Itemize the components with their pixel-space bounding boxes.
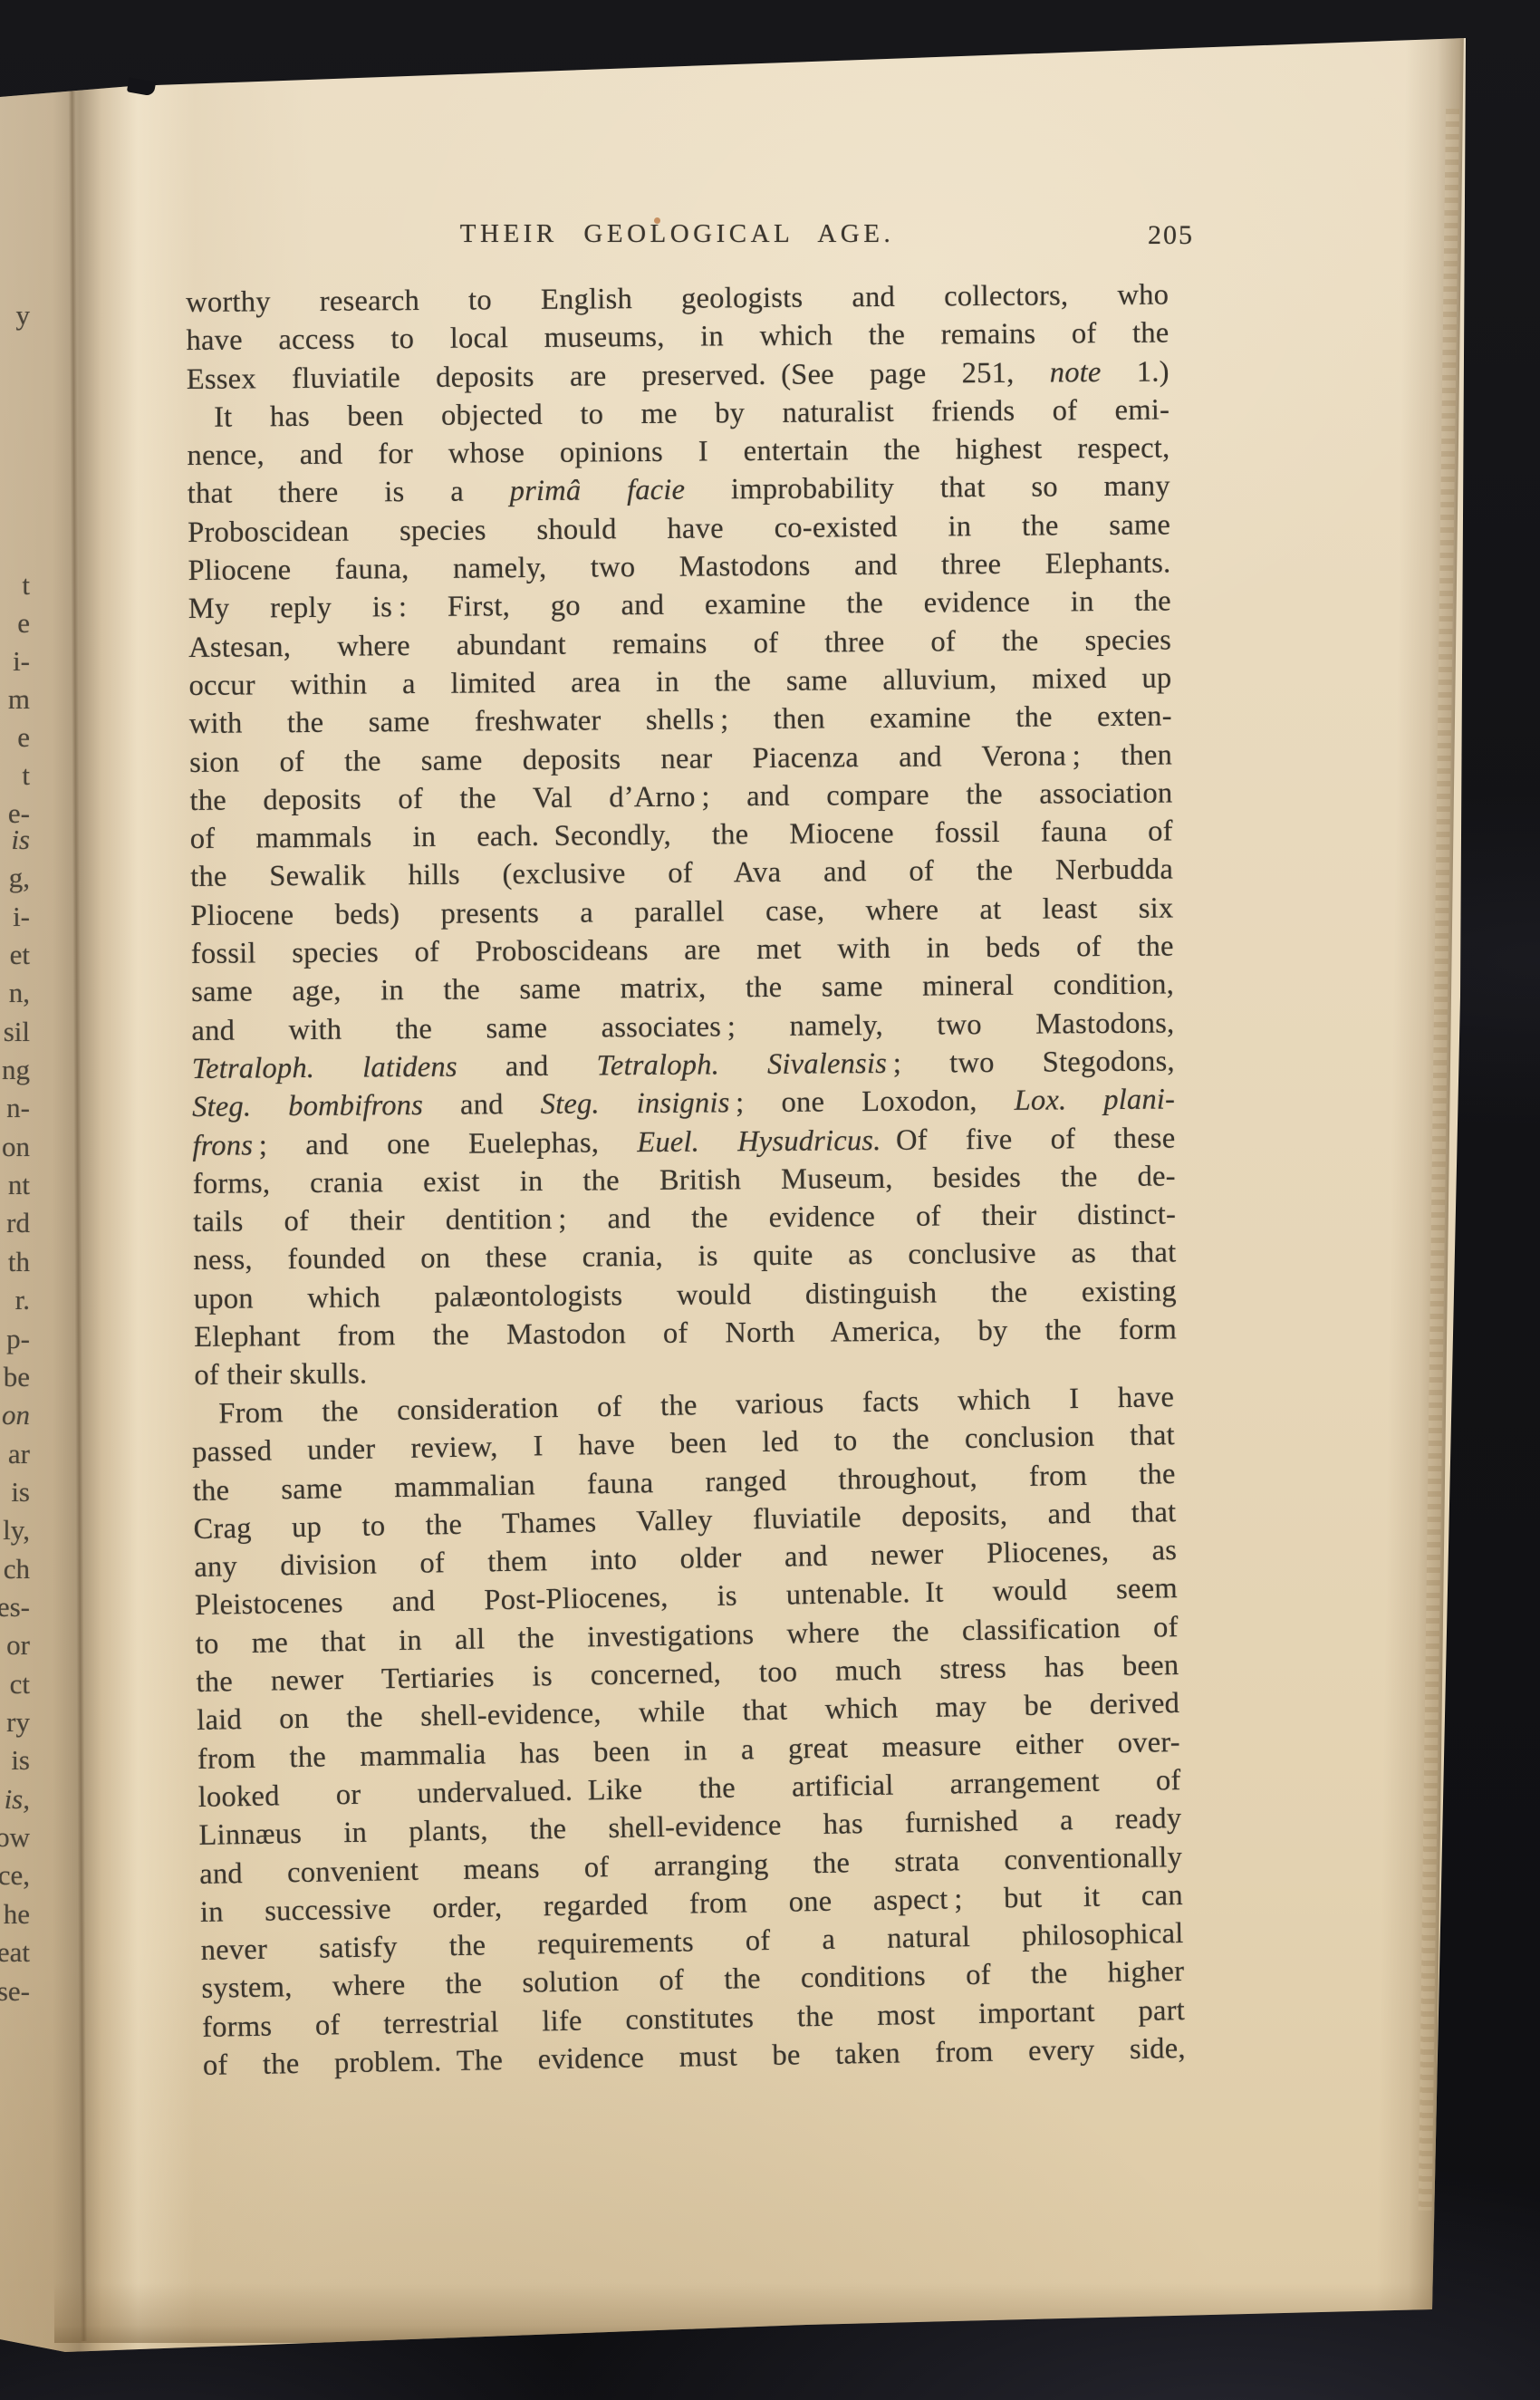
italic-text: Steg. insignis bbox=[541, 1087, 730, 1122]
facing-page-fragment: ry bbox=[6, 1706, 30, 1739]
facing-page-fragment: i- bbox=[13, 901, 30, 933]
italic-text: Lox. plani- bbox=[1015, 1084, 1176, 1117]
facing-page-fragment: be bbox=[4, 1361, 30, 1393]
facing-page-fragment: se- bbox=[0, 1975, 30, 2008]
facing-page-fragment: is bbox=[11, 1744, 30, 1777]
facing-page-fragment: g, bbox=[9, 862, 30, 894]
facing-page-fragment: on bbox=[2, 1131, 30, 1163]
italic-text: Steg. bombifrons bbox=[192, 1089, 423, 1123]
running-header: THEIR GEOLOGICAL AGE. 205 bbox=[186, 219, 1169, 259]
facing-page-fragment: or bbox=[6, 1629, 30, 1662]
facing-page-fragment: y bbox=[16, 299, 31, 332]
facing-page-fragment: ow bbox=[0, 1821, 30, 1854]
facing-page-fragment: r. bbox=[15, 1284, 30, 1316]
paragraph: worthy research to English geologists an… bbox=[186, 275, 1169, 398]
facing-page-fragment: t bbox=[22, 759, 30, 792]
facing-page-fragment: ly, bbox=[3, 1514, 30, 1547]
facing-page-fragment: on bbox=[2, 1399, 30, 1431]
facing-page-line-endings: ytei-mete-isg,i-etn,silngn-onntrdthr.p-b… bbox=[0, 0, 34, 2400]
italic-text: Euel. Hysudricus. bbox=[637, 1124, 881, 1159]
facing-page-fragment: e bbox=[17, 607, 30, 640]
facing-page-fragment: n- bbox=[6, 1092, 30, 1124]
text-line: Elephant from the Mastodon of North Amer… bbox=[194, 1310, 1177, 1356]
facing-page-fragment: et bbox=[10, 939, 30, 971]
facing-page-fragment: t bbox=[22, 569, 30, 602]
facing-page-fragment: n, bbox=[9, 977, 30, 1009]
facing-page-fragment: sil bbox=[4, 1016, 30, 1048]
book-photo: THEIR GEOLOGICAL AGE. 205 worthy researc… bbox=[0, 0, 1540, 2400]
page-title: THEIR GEOLOGICAL AGE. bbox=[186, 219, 1169, 249]
facing-page-fragment: ce, bbox=[0, 1859, 30, 1892]
facing-page-fragment: is bbox=[11, 1476, 30, 1508]
facing-page-fragment: th bbox=[8, 1246, 30, 1278]
facing-page-fragment: rd bbox=[6, 1207, 30, 1239]
facing-page-fragment: ng bbox=[2, 1054, 30, 1086]
page-number: 205 bbox=[1148, 220, 1194, 251]
facing-page-fragment: ar bbox=[8, 1438, 30, 1470]
page-bottom-edge-shadow bbox=[54, 2283, 1440, 2343]
facing-page-fragment: nt bbox=[8, 1169, 30, 1201]
facing-page-fragment: ch bbox=[4, 1553, 30, 1586]
italic-text: Tetraloph. latidens bbox=[192, 1051, 457, 1085]
gutter-crease bbox=[68, 87, 87, 2341]
paragraph: It has been objected to me by naturalist… bbox=[187, 390, 1178, 1394]
facing-page-fragment: is, bbox=[5, 1783, 30, 1816]
facing-page-fragment: he bbox=[4, 1898, 30, 1931]
facing-page-fragment: i- bbox=[13, 645, 30, 678]
body-text: worthy research to English geologists an… bbox=[186, 275, 1183, 2084]
facing-page-fragment: e bbox=[17, 721, 30, 754]
facing-page-fragment: p- bbox=[6, 1323, 30, 1355]
book-page: THEIR GEOLOGICAL AGE. 205 worthy researc… bbox=[0, 0, 1540, 2400]
italic-text: note bbox=[1050, 356, 1102, 389]
facing-page-fragment: m bbox=[8, 683, 30, 716]
italic-text: frons bbox=[192, 1129, 253, 1162]
facing-page-fragment: ct bbox=[10, 1668, 30, 1701]
facing-page-fragment: eat bbox=[0, 1936, 30, 1969]
italic-text: primâ facie bbox=[510, 474, 686, 508]
facing-page-fragment: es- bbox=[0, 1591, 30, 1624]
paragraph: From the consideration of the various fa… bbox=[191, 1378, 1186, 2085]
facing-page-fragment: is bbox=[11, 824, 30, 856]
italic-text: Tetraloph. Sivalensis bbox=[596, 1047, 887, 1083]
